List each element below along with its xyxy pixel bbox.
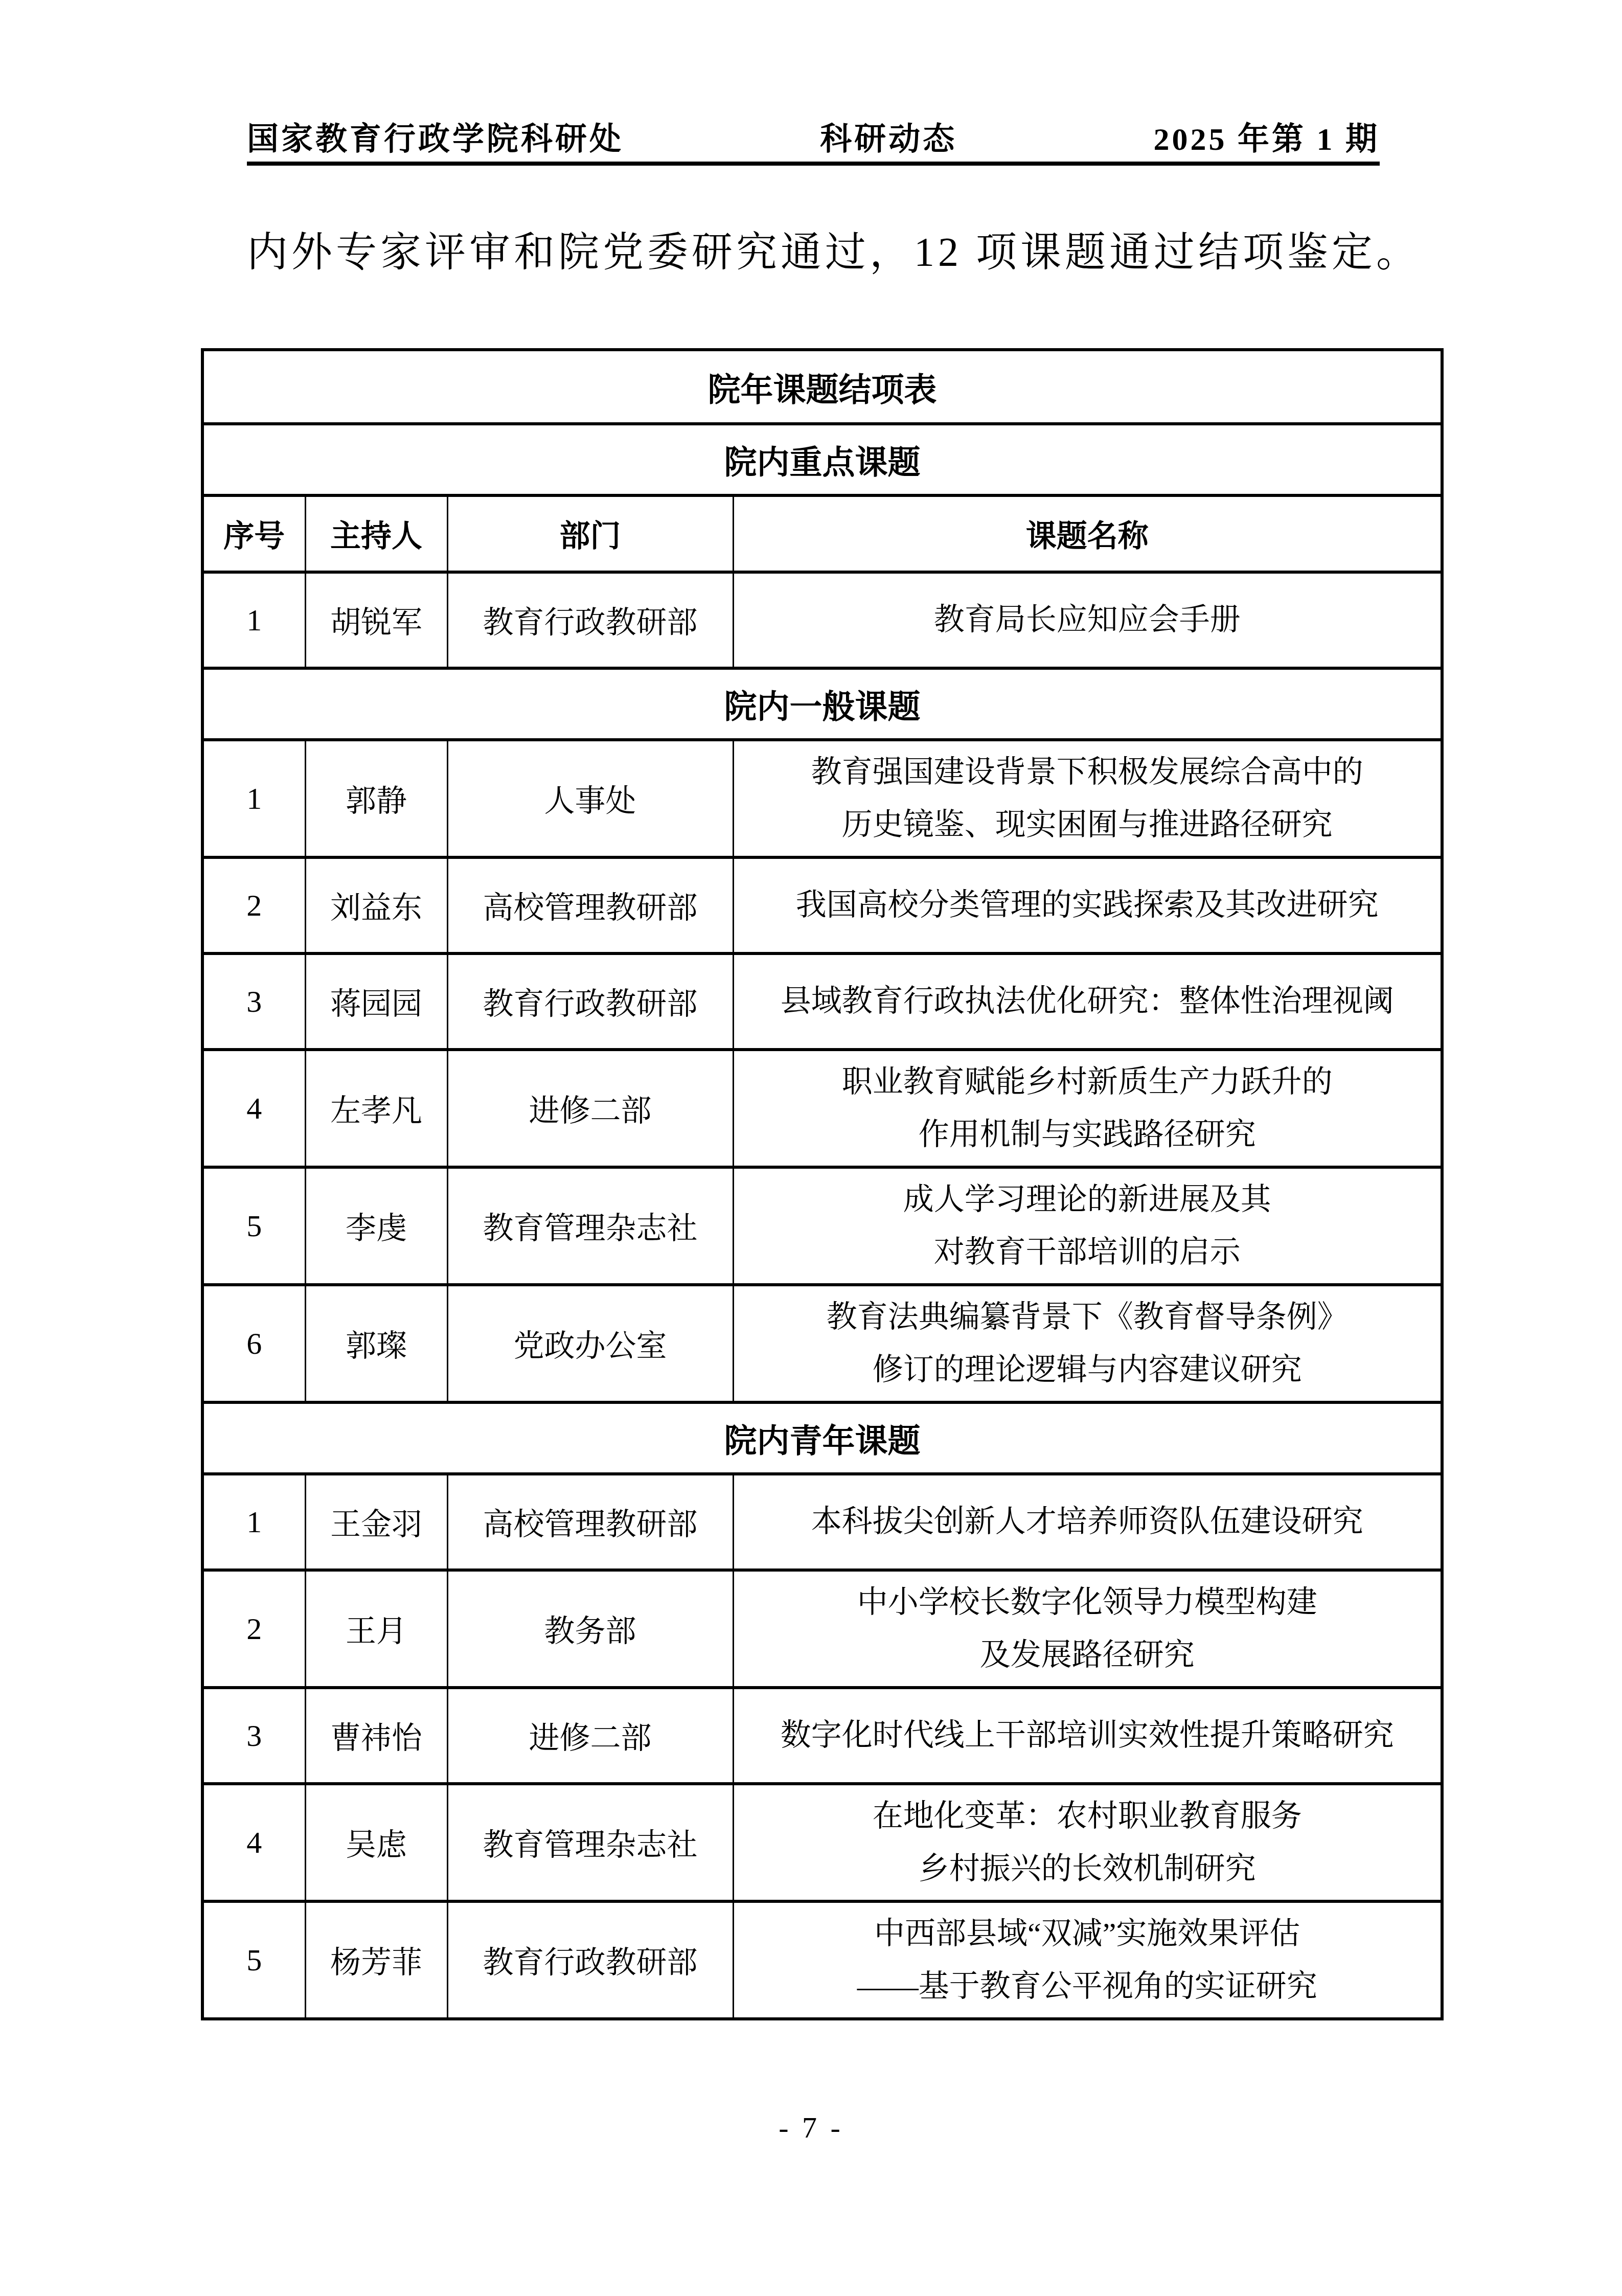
- cell-leader: 杨芳菲: [305, 1901, 447, 2019]
- cell-leader: 王月: [305, 1570, 447, 1688]
- table-row: 1胡锐军教育行政教研部教育局长应知应会手册: [202, 572, 1442, 668]
- table-row: 5李虔教育管理杂志社成人学习理论的新进展及其对教育干部培训的启示: [202, 1167, 1442, 1285]
- cell-topic: 中小学校长数字化领导力模型构建及发展路径研究: [733, 1570, 1442, 1688]
- cell-leader: 李虔: [305, 1167, 447, 1285]
- section-header: 院内重点课题: [202, 424, 1442, 495]
- page-header: 国家教育行政学院科研处 科研动态 2025 年第 1 期: [247, 113, 1380, 159]
- cell-topic: 教育局长应知应会手册: [733, 572, 1442, 668]
- cell-no: 2: [202, 1570, 305, 1688]
- cell-dept: 高校管理教研部: [447, 857, 733, 953]
- header-publication-title: 科研动态: [820, 113, 957, 159]
- table-row: 2刘益东高校管理教研部我国高校分类管理的实践探索及其改进研究: [202, 857, 1442, 953]
- cell-leader: 郭璨: [305, 1285, 447, 1402]
- table-row: 2王月教务部中小学校长数字化领导力模型构建及发展路径研究: [202, 1570, 1442, 1688]
- column-header-row: 序号主持人部门课题名称: [202, 495, 1442, 572]
- section-header-row: 院内一般课题: [202, 668, 1442, 740]
- projects-table: 院年课题结项表 院内重点课题序号主持人部门课题名称1胡锐军教育行政教研部教育局长…: [201, 348, 1444, 2020]
- cell-no: 3: [202, 1688, 305, 1784]
- cell-topic: 教育法典编纂背景下《教育督导条例》修订的理论逻辑与内容建议研究: [733, 1285, 1442, 1402]
- cell-no: 5: [202, 1167, 305, 1285]
- cell-no: 6: [202, 1285, 305, 1402]
- cell-dept: 教育行政教研部: [447, 1901, 733, 2019]
- cell-no: 1: [202, 572, 305, 668]
- table-row: 3曹祎怡进修二部数字化时代线上干部培训实效性提升策略研究: [202, 1688, 1442, 1784]
- header-issue: 2025 年第 1 期: [1153, 113, 1380, 159]
- cell-dept: 教育管理杂志社: [447, 1167, 733, 1285]
- document-page: { "page": { "header": { "left": "国家教育行政学…: [0, 0, 1622, 2296]
- projects-table-body: 院年课题结项表 院内重点课题序号主持人部门课题名称1胡锐军教育行政教研部教育局长…: [202, 350, 1442, 2019]
- table-title-row: 院年课题结项表: [202, 350, 1442, 424]
- cell-dept: 教务部: [447, 1570, 733, 1688]
- cell-topic: 成人学习理论的新进展及其对教育干部培训的启示: [733, 1167, 1442, 1285]
- table-row: 3蒋园园教育行政教研部县域教育行政执法优化研究：整体性治理视阈: [202, 953, 1442, 1050]
- cell-leader: 刘益东: [305, 857, 447, 953]
- cell-topic: 本科拔尖创新人才培养师资队伍建设研究: [733, 1474, 1442, 1570]
- cell-topic: 我国高校分类管理的实践探索及其改进研究: [733, 857, 1442, 953]
- table-row: 4左孝凡进修二部职业教育赋能乡村新质生产力跃升的作用机制与实践路径研究: [202, 1050, 1442, 1167]
- cell-no: 1: [202, 740, 305, 857]
- cell-dept: 人事处: [447, 740, 733, 857]
- cell-topic: 县域教育行政执法优化研究：整体性治理视阈: [733, 953, 1442, 1050]
- column-header: 部门: [447, 495, 733, 572]
- cell-dept: 进修二部: [447, 1050, 733, 1167]
- header-rule: [247, 162, 1380, 166]
- cell-no: 2: [202, 857, 305, 953]
- table-row: 6郭璨党政办公室教育法典编纂背景下《教育督导条例》修订的理论逻辑与内容建议研究: [202, 1285, 1442, 1402]
- cell-dept: 进修二部: [447, 1688, 733, 1784]
- header-institution: 国家教育行政学院科研处: [247, 113, 624, 159]
- cell-no: 4: [202, 1050, 305, 1167]
- cell-no: 4: [202, 1784, 305, 1901]
- table-row: 5杨芳菲教育行政教研部中西部县域“双减”实施效果评估——基于教育公平视角的实证研…: [202, 1901, 1442, 2019]
- cell-no: 5: [202, 1901, 305, 2019]
- cell-dept: 党政办公室: [447, 1285, 733, 1402]
- cell-topic: 中西部县域“双减”实施效果评估——基于教育公平视角的实证研究: [733, 1901, 1442, 2019]
- cell-topic: 数字化时代线上干部培训实效性提升策略研究: [733, 1688, 1442, 1784]
- cell-leader: 蒋园园: [305, 953, 447, 1050]
- cell-dept: 教育行政教研部: [447, 572, 733, 668]
- page-number: - 7 -: [0, 2110, 1622, 2145]
- column-header: 课题名称: [733, 495, 1442, 572]
- cell-dept: 教育行政教研部: [447, 953, 733, 1050]
- cell-topic: 在地化变革：农村职业教育服务乡村振兴的长效机制研究: [733, 1784, 1442, 1901]
- table-row: 4吴虑教育管理杂志社在地化变革：农村职业教育服务乡村振兴的长效机制研究: [202, 1784, 1442, 1901]
- cell-leader: 曹祎怡: [305, 1688, 447, 1784]
- cell-leader: 王金羽: [305, 1474, 447, 1570]
- table-row: 1郭静人事处教育强国建设背景下积极发展综合高中的历史镜鉴、现实困囿与推进路径研究: [202, 740, 1442, 857]
- cell-leader: 郭静: [305, 740, 447, 857]
- cell-dept: 教育管理杂志社: [447, 1784, 733, 1901]
- section-header: 院内青年课题: [202, 1402, 1442, 1474]
- cell-topic: 职业教育赋能乡村新质生产力跃升的作用机制与实践路径研究: [733, 1050, 1442, 1167]
- cell-leader: 吴虑: [305, 1784, 447, 1901]
- cell-no: 3: [202, 953, 305, 1050]
- column-header: 序号: [202, 495, 305, 572]
- cell-topic: 教育强国建设背景下积极发展综合高中的历史镜鉴、现实困囿与推进路径研究: [733, 740, 1442, 857]
- cell-leader: 左孝凡: [305, 1050, 447, 1167]
- table-title: 院年课题结项表: [202, 350, 1442, 424]
- section-header-row: 院内青年课题: [202, 1402, 1442, 1474]
- section-header-row: 院内重点课题: [202, 424, 1442, 495]
- section-header: 院内一般课题: [202, 668, 1442, 740]
- column-header: 主持人: [305, 495, 447, 572]
- intro-paragraph: 内外专家评审和院党委研究通过，12 项课题通过结项鉴定。: [247, 219, 1412, 278]
- cell-no: 1: [202, 1474, 305, 1570]
- cell-leader: 胡锐军: [305, 572, 447, 668]
- cell-dept: 高校管理教研部: [447, 1474, 733, 1570]
- table-row: 1王金羽高校管理教研部本科拔尖创新人才培养师资队伍建设研究: [202, 1474, 1442, 1570]
